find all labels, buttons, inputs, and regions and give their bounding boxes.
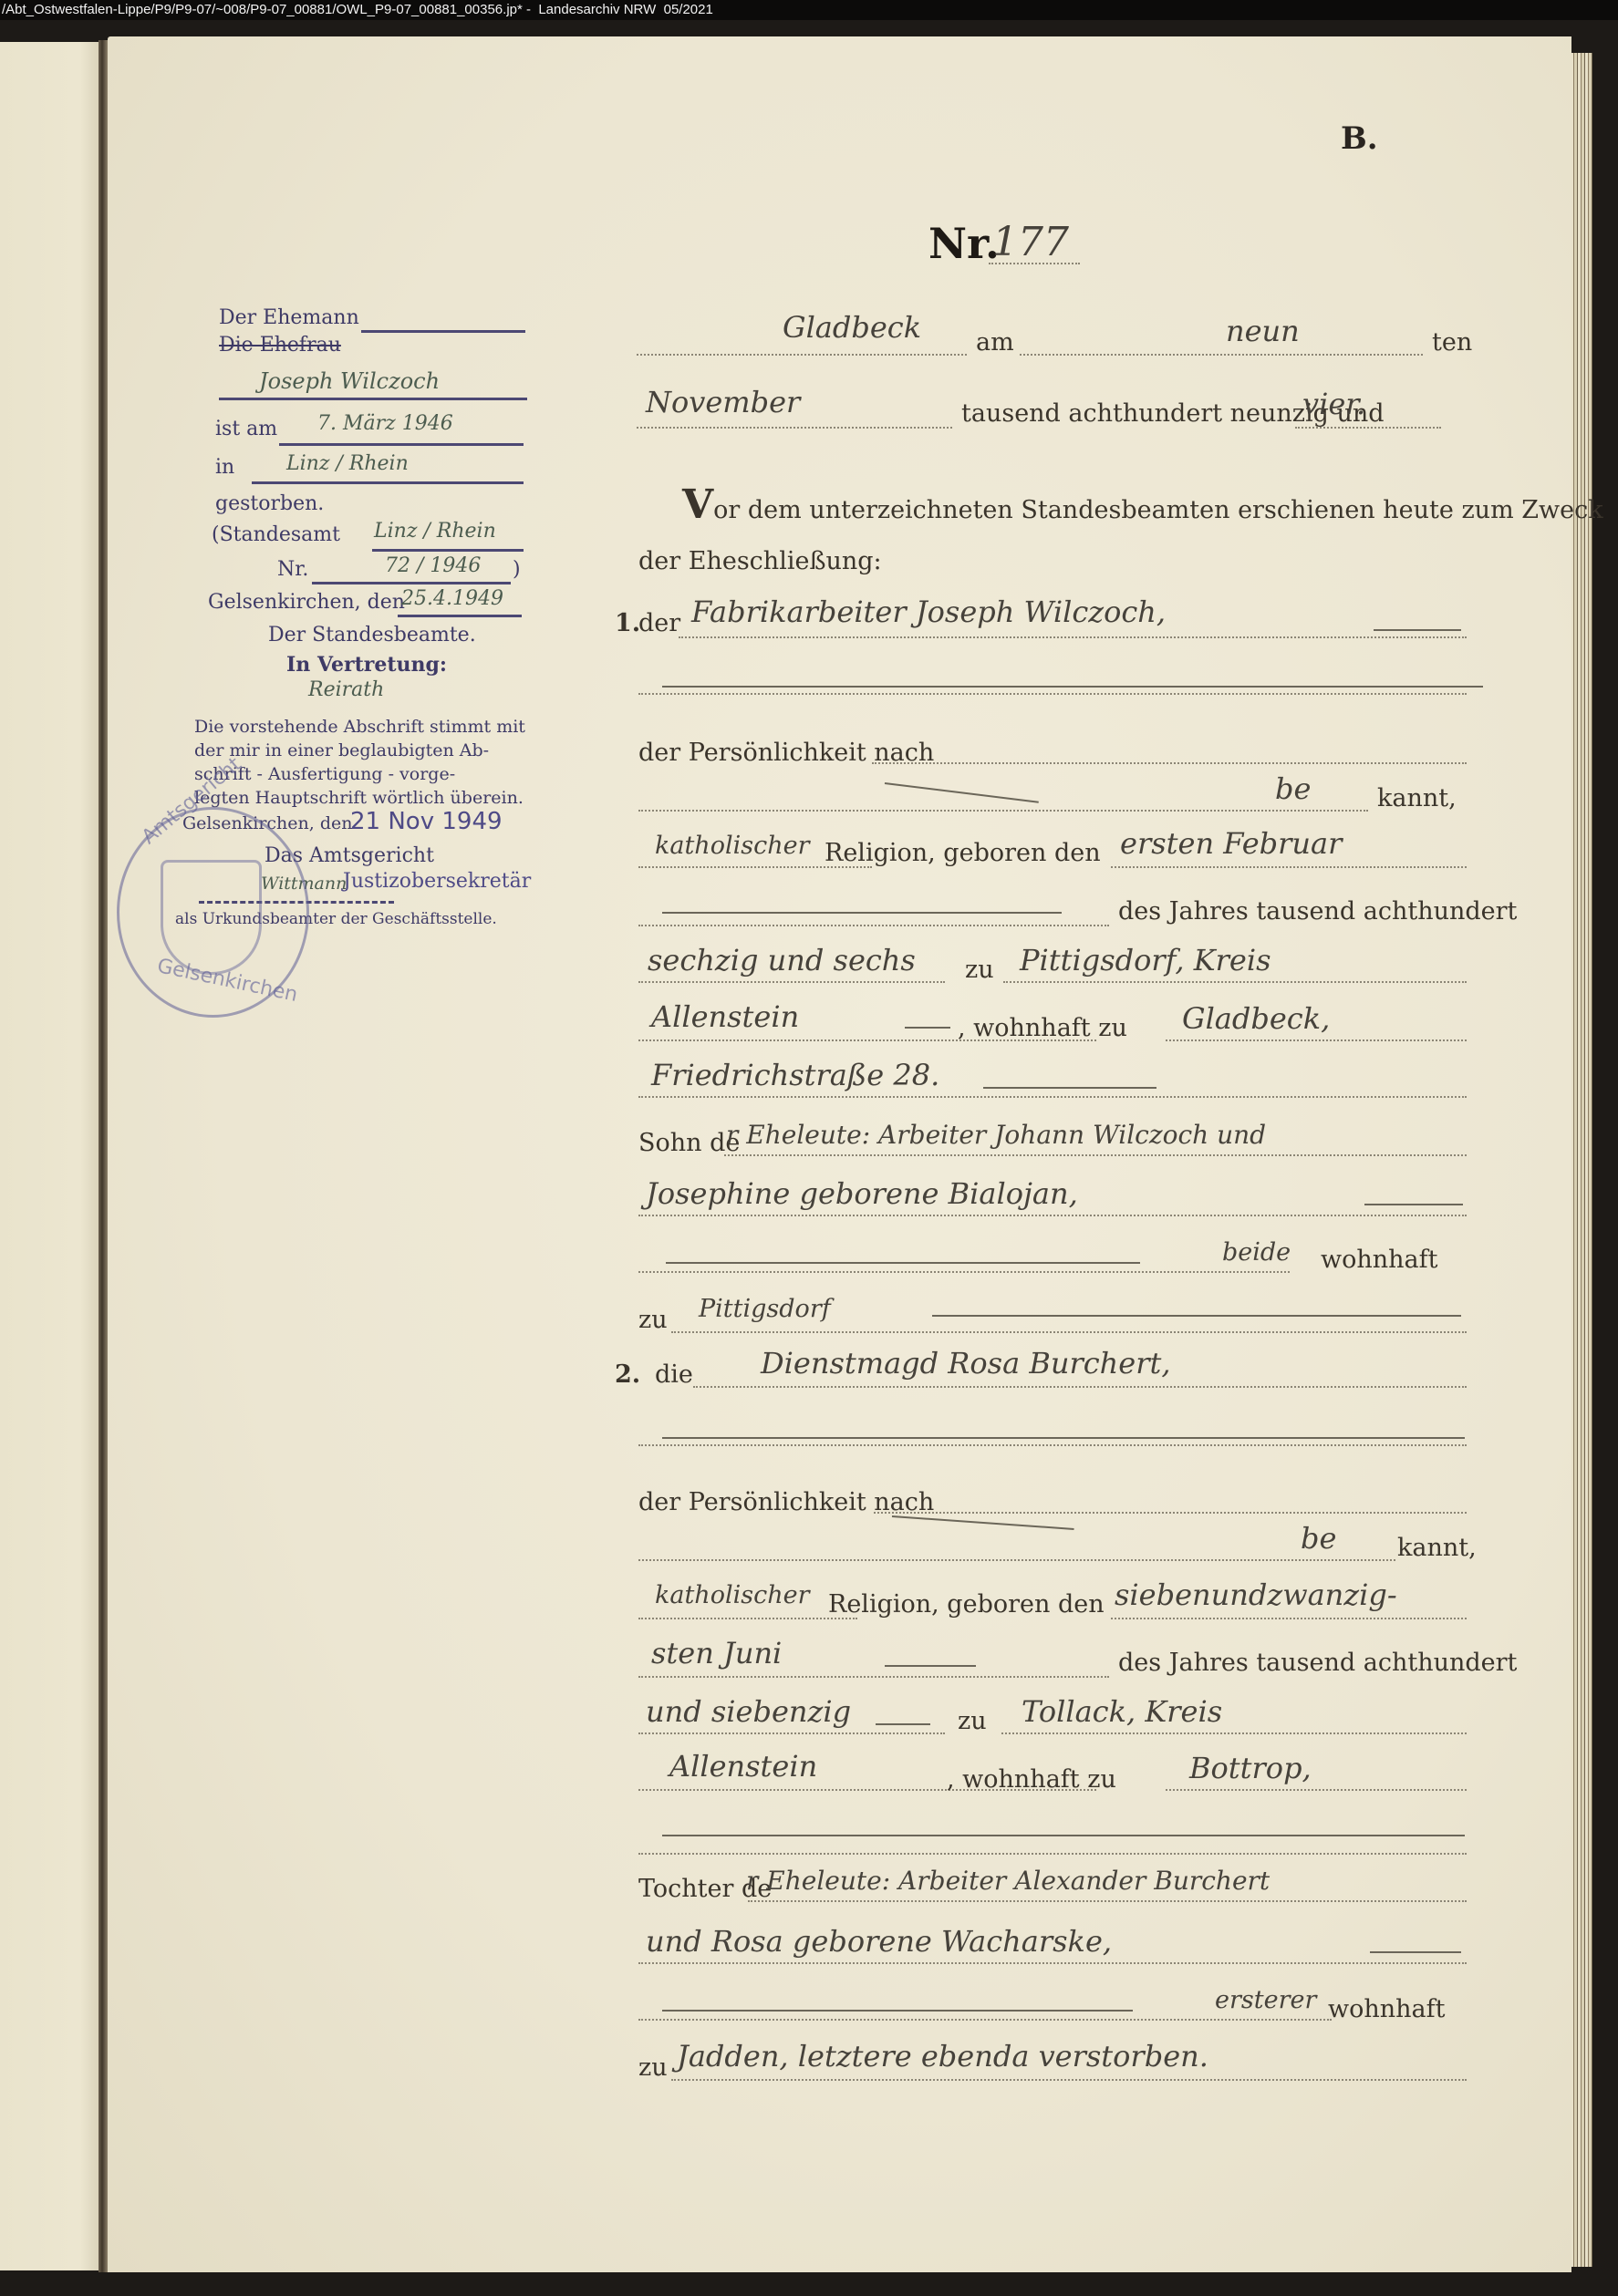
- ehefrau-label-struck: Die Ehefrau: [219, 334, 341, 357]
- dotted-line: [872, 762, 1467, 764]
- groom-known-suffix: kannt,: [1377, 784, 1457, 812]
- bride-known-suffix: kannt,: [1397, 1534, 1477, 1562]
- bride-zu-label: zu: [958, 1707, 987, 1735]
- stamp-line: [312, 582, 511, 584]
- bride-religion-value: katholischer: [655, 1581, 809, 1609]
- bride-parents-value-2: und Rosa geborene Wacharske,: [646, 1924, 1112, 1959]
- filler-line: [983, 1087, 1156, 1089]
- groom-parents-zu-label: zu: [638, 1306, 668, 1334]
- certification-line-1: Die vorstehende Abschrift stimmt mit: [194, 717, 525, 737]
- record-page: B. Der Ehemann Die Ehefrau Joseph Wilczo…: [108, 36, 1571, 2272]
- groom-number: 1.: [615, 609, 640, 637]
- nr-value: 72 / 1946: [385, 554, 481, 577]
- filler-line: [662, 686, 1483, 688]
- dotted-line: [989, 263, 1080, 264]
- groom-birth-day-value: ersten Februar: [1120, 826, 1342, 861]
- day-value: neun: [1226, 314, 1300, 348]
- dotted-line: [638, 1444, 1467, 1446]
- stamp-line: [398, 615, 522, 617]
- standesamt-value: Linz / Rhein: [374, 520, 496, 543]
- died-on-label: ist am: [215, 418, 277, 440]
- dotted-line: [671, 2079, 1467, 2081]
- ehemann-label: Der Ehemann: [219, 306, 359, 329]
- court-seal: Amtsgericht Gelsenkirchen: [117, 807, 309, 1018]
- dotted-line: [1020, 354, 1423, 356]
- dotted-line: [1111, 866, 1467, 868]
- day-suffix: ten: [1432, 328, 1472, 357]
- nr-label: Nr.: [277, 558, 308, 581]
- am-label: am: [976, 328, 1014, 357]
- filler-line: [885, 1665, 976, 1667]
- filler-line: [876, 1723, 930, 1725]
- dotted-line: [1001, 1732, 1467, 1734]
- dotted-line: [638, 810, 1368, 812]
- deceased-name: Joseph Wilczoch: [259, 368, 440, 394]
- clerk-title-stamp: Justizobersekretär: [343, 870, 531, 893]
- groom-religion-label: Religion, geboren den: [825, 839, 1101, 867]
- dotted-line: [638, 2019, 1332, 2021]
- dotted-line: [638, 693, 1467, 695]
- bride-number: 2.: [615, 1360, 640, 1389]
- filler-line: [932, 1315, 1461, 1317]
- filler-line: [662, 1835, 1465, 1836]
- groom-occupation-name: Fabrikarbeiter Joseph Wilczoch,: [691, 595, 1166, 629]
- groom-parents-both-value: beide: [1222, 1238, 1291, 1267]
- dotted-line: [638, 1096, 1467, 1098]
- place-date-value: 25.4.1949: [401, 587, 503, 610]
- book-gutter: [99, 40, 108, 2272]
- intro-line-2: der Eheschließung:: [638, 547, 882, 575]
- dotted-line: [638, 1732, 945, 1734]
- deputy-label: In Vertretung:: [286, 653, 447, 677]
- bride-article: die: [655, 1360, 693, 1389]
- left-page: [0, 42, 100, 2270]
- died-on-value: 7. März 1946: [317, 412, 453, 435]
- bride-occupation-name: Dienstmagd Rosa Burchert,: [761, 1346, 1171, 1381]
- stamp-line: [252, 481, 524, 484]
- bride-birthplace-value: Tollack, Kreis: [1022, 1694, 1222, 1729]
- groom-birthplace-value-2: Allenstein: [651, 999, 799, 1034]
- groom-parents-value: r Eheleute: Arbeiter Johann Wilczoch und: [726, 1120, 1266, 1150]
- intro-line-1: Vor dem unterzeichneten Standesbeamten e…: [682, 481, 1603, 528]
- filler-line: [662, 2010, 1133, 2012]
- deputy-signature: Reirath: [308, 678, 384, 701]
- dotted-line: [638, 1853, 1467, 1855]
- nr-close: ): [513, 558, 521, 581]
- filler-line: [905, 1027, 950, 1029]
- dotted-line: [637, 354, 967, 356]
- section-letter: B.: [1341, 120, 1378, 157]
- dotted-line: [638, 1559, 1395, 1561]
- dotted-line: [1166, 1789, 1467, 1791]
- stamp-line: [372, 549, 524, 552]
- intro-initial: V: [682, 481, 713, 528]
- dotted-line: [1003, 981, 1467, 983]
- bride-birth-day-value: siebenundzwanzig-: [1115, 1577, 1397, 1612]
- dotted-line: [638, 1215, 1467, 1216]
- in-value: Linz / Rhein: [286, 452, 409, 475]
- dotted-line: [637, 427, 952, 429]
- groom-parents-residence-label: wohnhaft: [1321, 1246, 1437, 1274]
- dotted-line: [671, 1331, 1467, 1333]
- bride-parents-residence-value: Jadden, letztere ebenda verstorben.: [677, 2039, 1208, 2074]
- certification-line-4: legten Hauptschrift wörtlich überein.: [194, 788, 524, 808]
- groom-birth-year-value: sechzig und sechs: [648, 943, 916, 977]
- bride-parents-value: r Eheleute: Arbeiter Alexander Burchert: [746, 1866, 1270, 1896]
- groom-street-value: Friedrichstraße 28.: [651, 1058, 939, 1092]
- dotted-line: [1295, 427, 1441, 429]
- dotted-line: [748, 1900, 1467, 1902]
- groom-residence-label: , wohnhaft zu: [958, 1014, 1127, 1042]
- groom-article: der: [638, 609, 680, 637]
- intro-rest: or dem unterzeichneten Standesbeamten er…: [713, 496, 1602, 524]
- place-value: Gladbeck: [783, 310, 921, 345]
- dotted-line: [693, 1386, 1467, 1388]
- stamp-line: [361, 330, 525, 333]
- place-date-label: Gelsenkirchen, den: [208, 591, 405, 614]
- dotted-line: [638, 981, 945, 983]
- in-label: in: [215, 456, 234, 479]
- filler-line: [885, 782, 1039, 803]
- dotted-line: [679, 636, 1467, 638]
- record-nr-label: Nr.: [928, 219, 1000, 268]
- filler-line: [1374, 629, 1461, 631]
- month-value: November: [646, 385, 800, 419]
- groom-parents-residence-value: Pittigsdorf: [699, 1295, 831, 1323]
- bride-residence-label: , wohnhaft zu: [947, 1765, 1116, 1794]
- page-edges: [1571, 53, 1592, 2267]
- bride-parents-zu-label: zu: [638, 2053, 668, 2082]
- groom-religion-value: katholischer: [655, 832, 809, 860]
- groom-zu-label: zu: [965, 956, 994, 984]
- filler-line: [662, 1437, 1465, 1439]
- year-value: vier.: [1302, 387, 1365, 421]
- bride-birthplace-value-2: Allenstein: [669, 1749, 817, 1784]
- open-book: B. Der Ehemann Die Ehefrau Joseph Wilczo…: [0, 36, 1592, 2272]
- dotted-line: [724, 1154, 1467, 1156]
- dotted-line: [638, 925, 1109, 926]
- groom-parents-label: Sohn de: [638, 1129, 740, 1157]
- record-nr-value: 177: [992, 219, 1069, 265]
- dotted-line: [638, 1962, 1467, 1964]
- died-label: gestorben.: [215, 492, 324, 515]
- bride-parents-residence-label: wohnhaft: [1328, 1995, 1445, 2023]
- window-title: /Abt_Ostwestfalen-Lippe/P9/P9-07/~008/P9…: [0, 0, 1618, 20]
- bride-birth-year-value: und siebenzig: [646, 1694, 851, 1729]
- bride-known-prefix: be: [1301, 1521, 1336, 1556]
- groom-birthplace-value: Pittigsdorf, Kreis: [1020, 943, 1271, 977]
- filler-line: [892, 1515, 1074, 1530]
- certification-line-2: der mir in einer beglaubigten Ab-: [194, 740, 489, 760]
- stamp-line: [279, 443, 524, 446]
- dotted-line: [638, 1271, 1290, 1273]
- dotted-line: [638, 1676, 1109, 1678]
- official-title: Der Standesbeamte.: [268, 624, 476, 646]
- filler-line: [662, 912, 1062, 914]
- bride-residence-value: Bottrop,: [1189, 1751, 1312, 1785]
- stamp-line: [219, 398, 527, 400]
- standesamt-label: (Standesamt: [212, 523, 340, 546]
- filler-line: [1370, 1951, 1461, 1953]
- groom-year-label: des Jahres tausend achthundert: [1118, 897, 1517, 926]
- dotted-line: [1166, 1039, 1467, 1041]
- cert-date-stamp: 21 Nov 1949: [350, 808, 503, 835]
- dotted-line: [874, 1512, 1467, 1514]
- groom-parents-value-2: Josephine geborene Bialojan,: [646, 1176, 1078, 1211]
- bride-parents-both-value: ersterer: [1215, 1986, 1316, 2014]
- bride-year-label: des Jahres tausend achthundert: [1118, 1649, 1517, 1677]
- bride-religion-label: Religion, geboren den: [828, 1590, 1105, 1619]
- bride-birth-day-value-2: sten Juni: [651, 1636, 782, 1670]
- groom-known-prefix: be: [1275, 771, 1311, 806]
- groom-residence-value: Gladbeck,: [1182, 1001, 1330, 1036]
- dotted-line: [1111, 1618, 1467, 1619]
- filler-line: [666, 1262, 1140, 1264]
- filler-line: [1364, 1204, 1463, 1205]
- dotted-line: [638, 1618, 857, 1619]
